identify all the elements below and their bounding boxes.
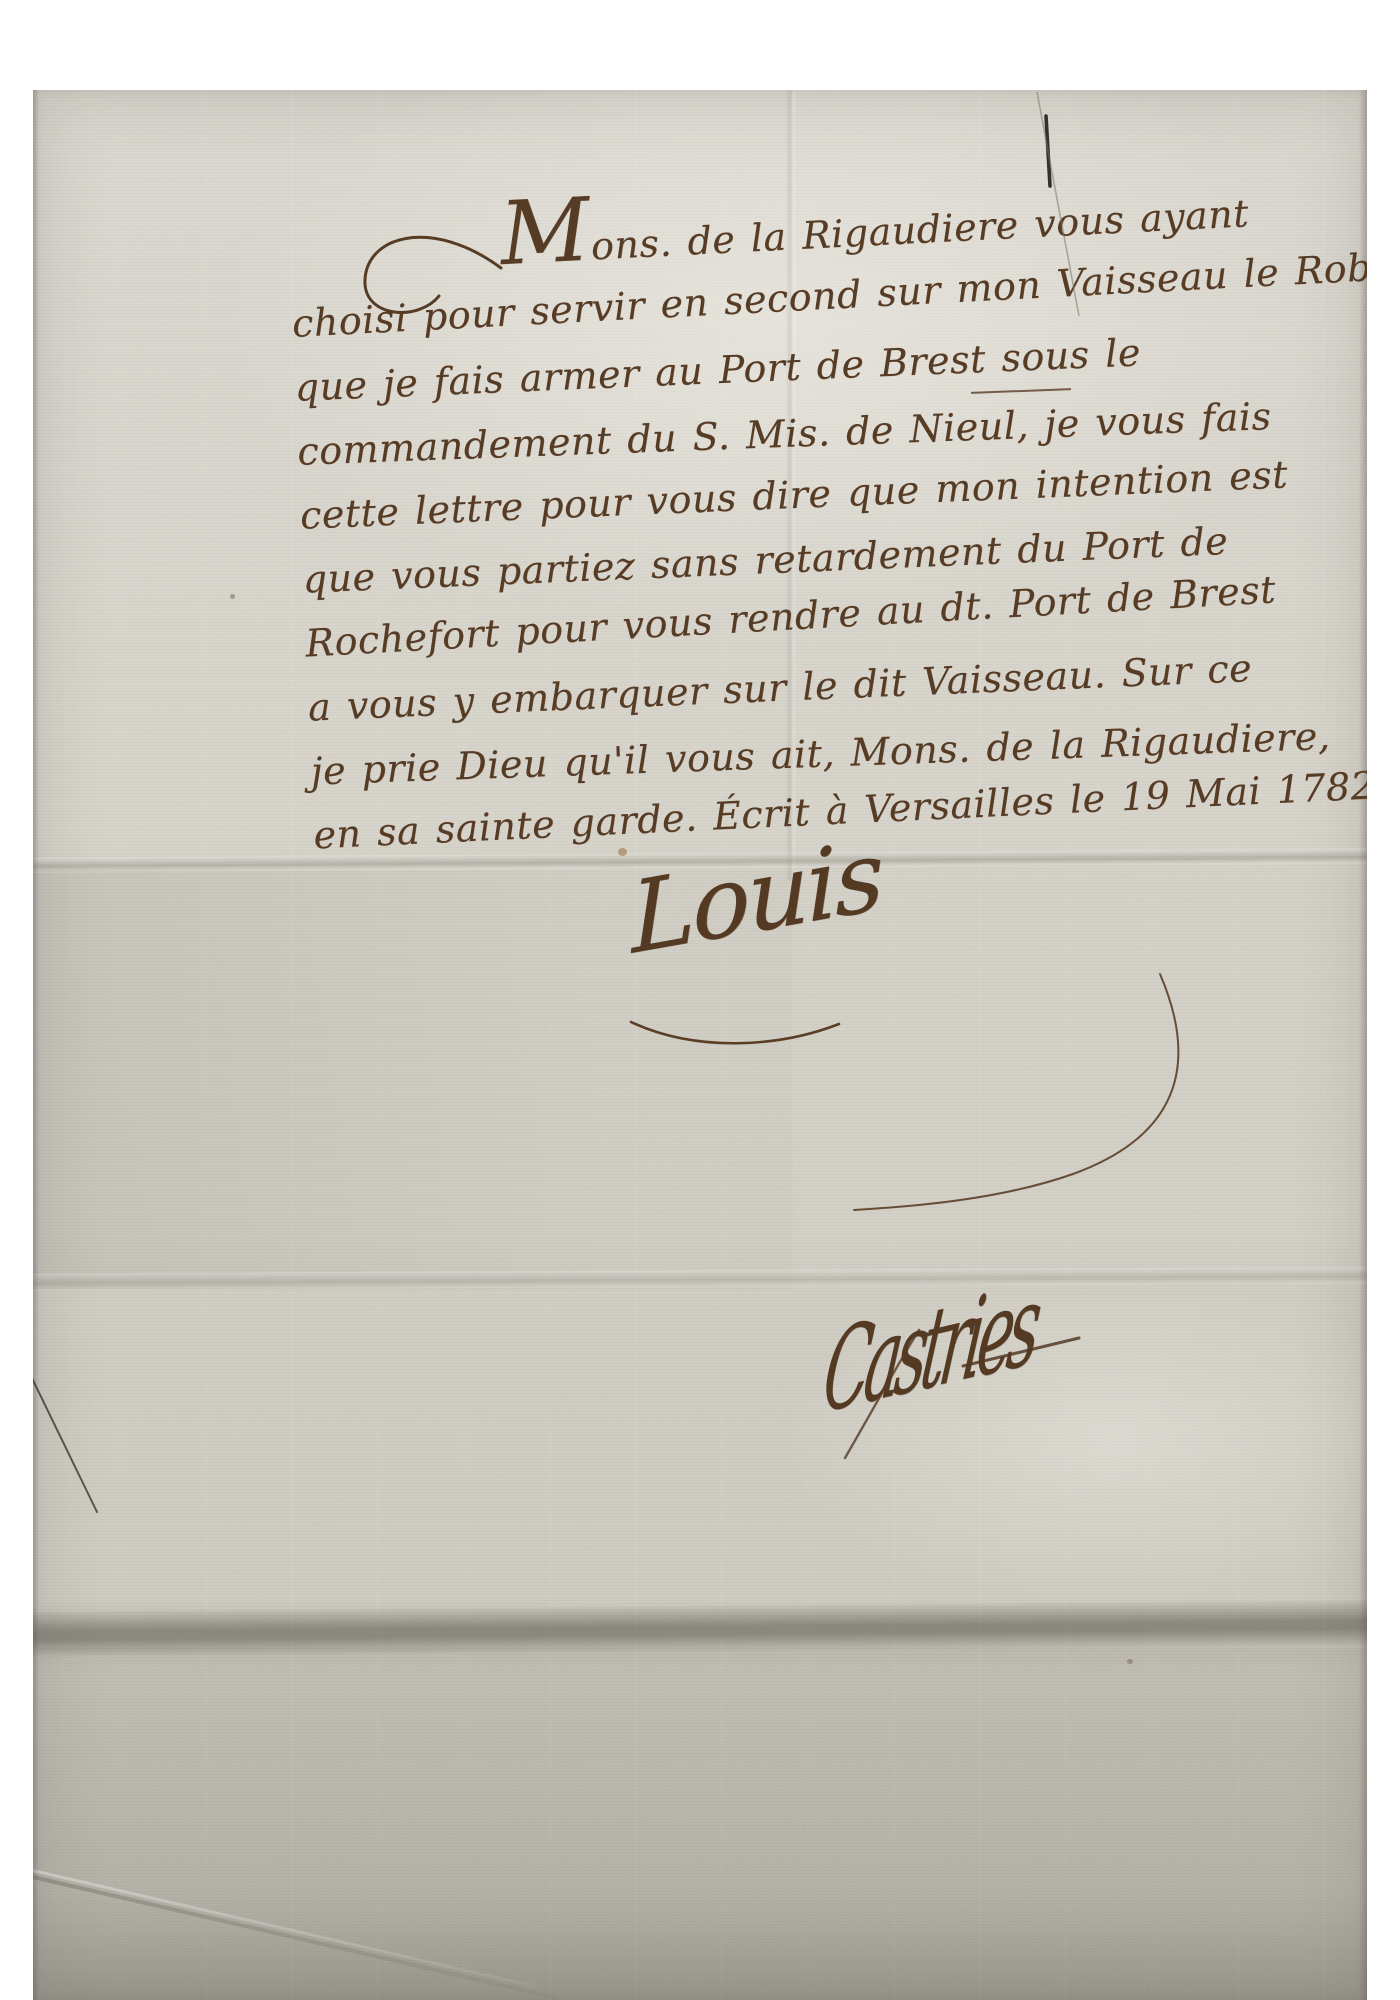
- corner-crease-line: [1037, 92, 1079, 316]
- initial-flourish: [365, 237, 501, 312]
- hairline-fiber: [33, 1372, 97, 1512]
- photo-frame: Mons. de la Rigaudiere vous ayant choisi…: [0, 0, 1400, 2000]
- louis-underline-flourish: [631, 1022, 839, 1043]
- ink-flourishes: [33, 90, 1367, 2000]
- letter-paper: Mons. de la Rigaudiere vous ayant choisi…: [33, 90, 1367, 2000]
- castries-cross-stroke: [963, 1338, 1079, 1366]
- grand-paraphe-flourish: [854, 974, 1178, 1210]
- castries-tail-stroke: [845, 1330, 919, 1458]
